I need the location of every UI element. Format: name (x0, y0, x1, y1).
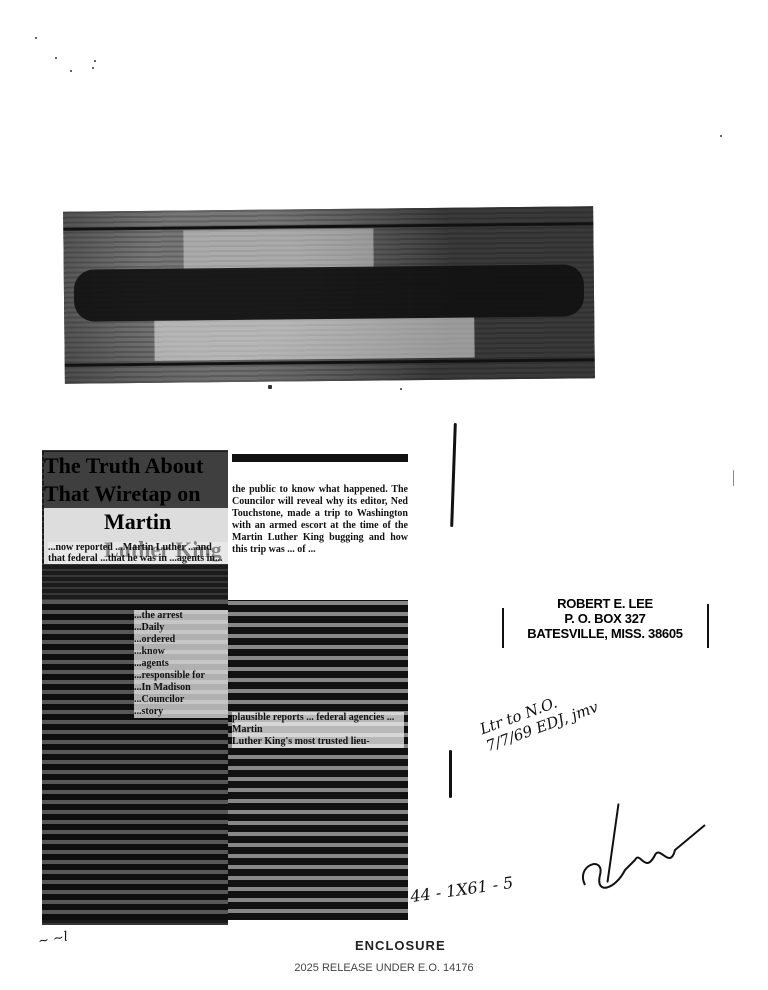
handwritten-routing-note: Ltr to N.O. 7/7/69 EDJ, jmv (477, 681, 600, 755)
text-fragment: ...responsible for (134, 670, 230, 682)
stamp-po-box: P. O. BOX 327 (500, 611, 710, 626)
scan-speck (94, 60, 96, 62)
handwritten-initials: ~ ~l (37, 930, 69, 950)
text-fragment: ...agents (134, 658, 230, 670)
column-rule (232, 454, 408, 462)
masthead-highlight (154, 317, 474, 360)
text-fragment: ...In Madison (134, 682, 230, 694)
text-fragment: plausible reports ... federal agencies .… (232, 712, 404, 736)
stamp-city: BATESVILLE, MISS. 38605 (500, 626, 710, 641)
article-left-column: The Truth About That Wiretap on Martin L… (42, 450, 232, 925)
headline-line: The Truth About (44, 452, 230, 480)
text-fragment: ...know (134, 646, 230, 658)
scan-speck (268, 385, 272, 389)
margin-mark (733, 470, 734, 486)
text-fragment: ...story (134, 706, 230, 718)
scan-speck (92, 67, 94, 69)
scan-speck (720, 135, 722, 137)
handwritten-file-number: 44 - 1X61 - 5 (409, 873, 514, 906)
text-fragment: ...ordered (134, 634, 230, 646)
release-footer: 2025 RELEASE UNDER E.O. 14176 (0, 962, 768, 974)
article-right-body (228, 600, 408, 920)
text-fragment: Luther King's most trusted lieu- (232, 736, 404, 748)
address-stamp: ROBERT E. LEE P. O. BOX 327 BATESVILLE, … (500, 596, 710, 641)
masthead-rule (65, 358, 595, 367)
margin-mark (450, 423, 457, 527)
masthead-clipping: The Councilor (63, 206, 595, 384)
article-clipping: The Truth About That Wiretap on Martin L… (42, 450, 408, 925)
article-lead: ...now reported ...Martin Luther ...and … (48, 542, 230, 564)
text-fragment: ...Daily (134, 622, 230, 634)
text-fragment: ...Councilor (134, 694, 230, 706)
scan-speck (400, 388, 402, 390)
signature-scrawl-icon (575, 815, 715, 895)
article-left-fragments: ...the arrest ...Daily ...ordered ...kno… (134, 610, 230, 718)
masthead-highlight (183, 229, 373, 271)
scan-speck (55, 57, 57, 59)
article-right-fragments: plausible reports ... federal agencies .… (232, 712, 404, 748)
text-fragment: ...the arrest (134, 610, 230, 622)
scan-speck (35, 37, 37, 39)
scan-speck (70, 70, 72, 72)
enclosure-stamp: ENCLOSURE (355, 938, 446, 953)
margin-mark (449, 750, 452, 798)
article-right-text: the public to know what happened. The Co… (232, 484, 408, 556)
stamp-name: ROBERT E. LEE (500, 596, 710, 611)
headline-line: That Wiretap on (44, 480, 230, 508)
article-right-column: the public to know what happened. The Co… (228, 450, 408, 925)
